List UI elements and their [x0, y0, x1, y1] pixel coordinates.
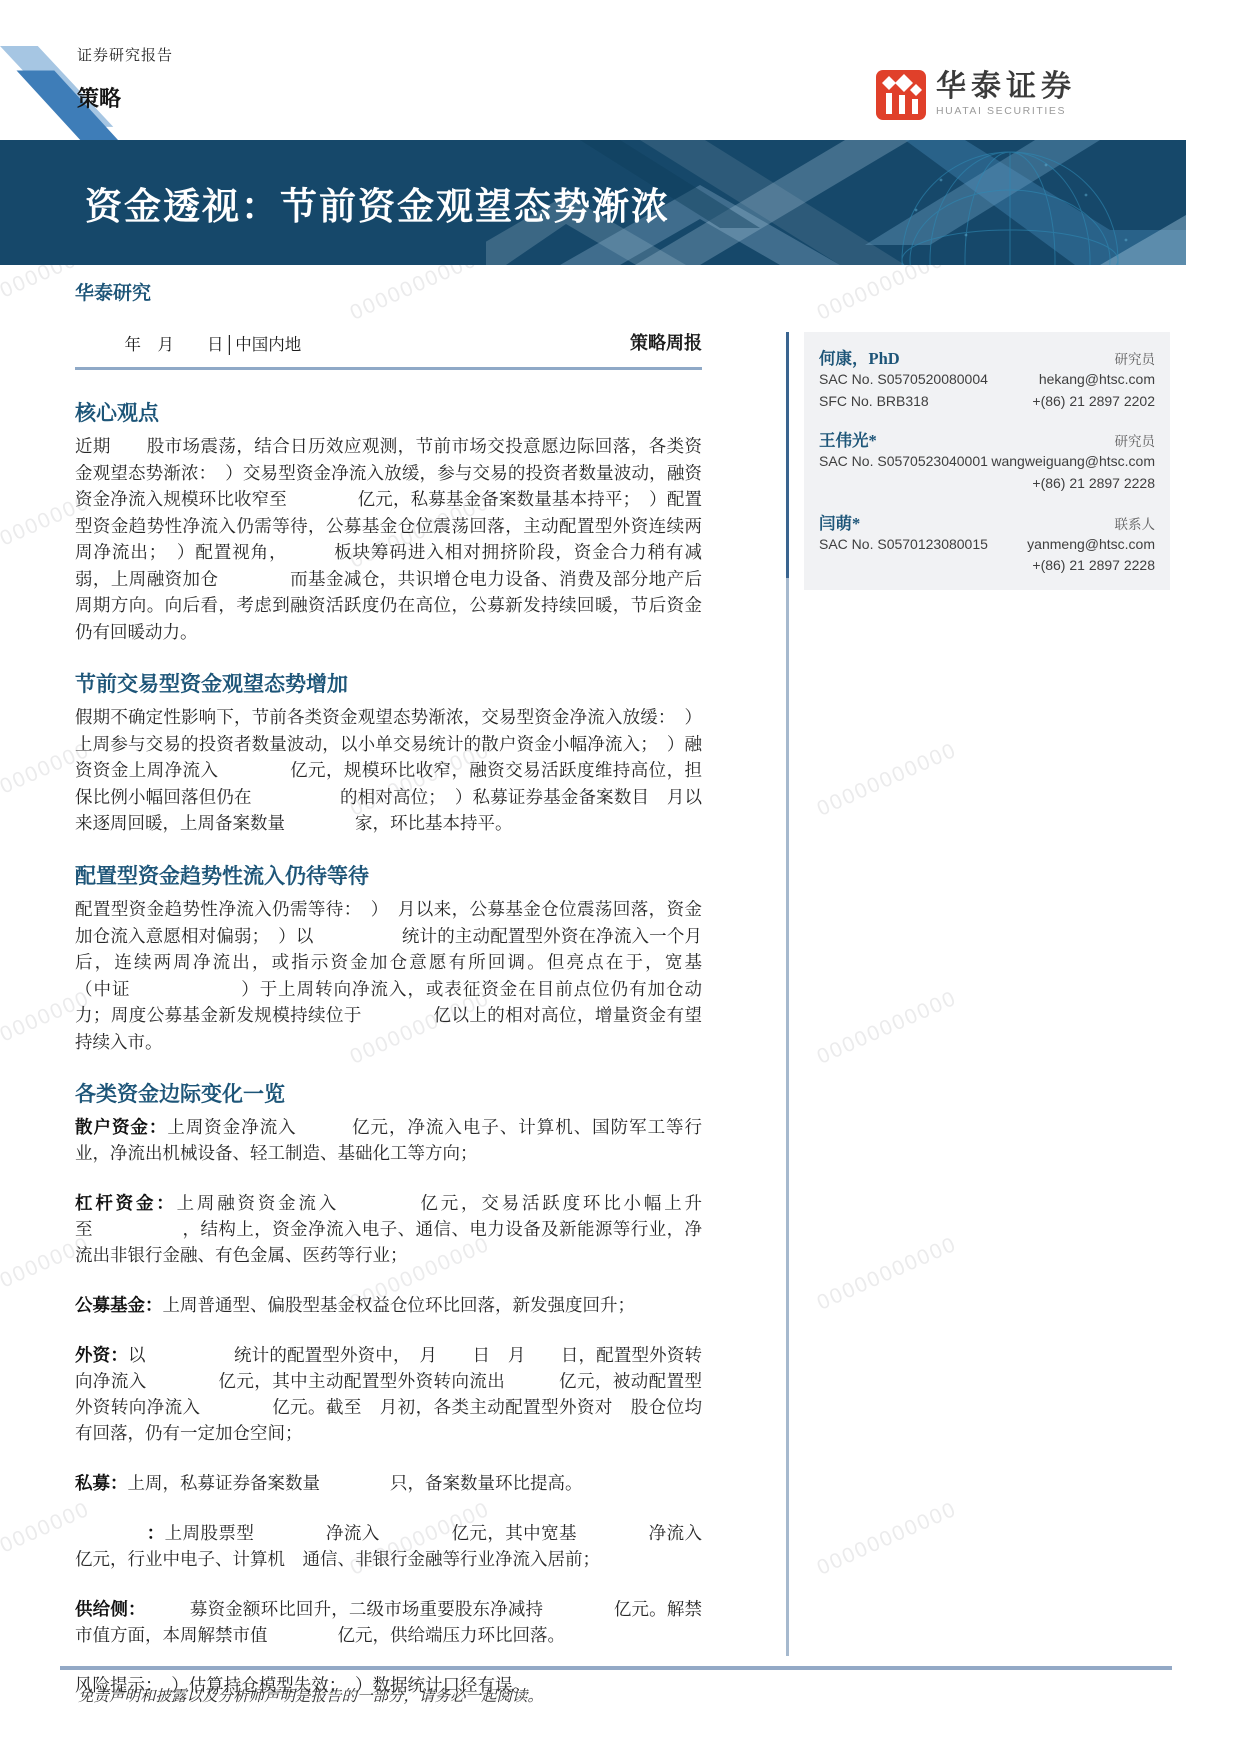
- fund-item-mutual-fund: 公募基金：上周普通型、偏股型基金权益仓位环比回落，新发强度回升；: [75, 1292, 702, 1318]
- analyst-block: 何康，PhD 研究员 SAC No. S0570520080004hekang@…: [819, 345, 1155, 412]
- section-title-core-view: 核心观点: [75, 401, 702, 426]
- fund-item-private: 私募：上周，私募证券备案数量 只，备案数量环比提高。: [75, 1470, 702, 1496]
- analyst-role: 研究员: [1115, 348, 1156, 368]
- fund-item-etf: ：上周股票型 净流入 亿元，其中宽基 净流入 亿元，行业中电子、计算机 通信、非…: [75, 1520, 702, 1572]
- fund-item-retail: 散户资金：上周资金净流入 亿元，净流入电子、计算机、国防军工等行业，净流出机械设…: [75, 1114, 702, 1166]
- fund-item-label: ：: [75, 1523, 165, 1543]
- analyst-panel: 何康，PhD 研究员 SAC No. S0570520080004hekang@…: [804, 332, 1170, 590]
- analyst-role: 研究员: [1115, 430, 1156, 450]
- report-type-label: 证券研究报告: [77, 44, 173, 65]
- trading-funds-paragraph: 假期不确定性影响下，节前各类资金观望态势渐浓，交易型资金净流入放缓： ）上周参与…: [75, 704, 702, 837]
- fund-item-label: 私募：: [75, 1473, 128, 1493]
- analyst-block: 闫萌* 联系人 SAC No. S0570123080015yanmeng@ht…: [819, 510, 1155, 577]
- analyst-name: 王伟光*: [819, 427, 877, 451]
- fund-item-supply: 供给侧： 募资金额环比回升，二级市场重要股东净减持 亿元。解禁市值方面，本周解禁…: [75, 1596, 702, 1648]
- fund-item-leverage: 杠杆资金：上周融资资金流入 亿元，交易活跃度环比小幅上升至 ，结构上，资金净流入…: [75, 1190, 702, 1268]
- title-band: 资金透视：节前资金观望态势渐浓: [0, 140, 1186, 265]
- huatai-logo: 华泰证券 HUATAI SECURITIES: [876, 70, 1076, 125]
- analyst-phone: +(86) 21 2897 2228: [1032, 473, 1155, 495]
- date-row: 年 月 日│中国内地 策略周报: [75, 329, 702, 370]
- disclaimer-text: 免责声明和披露以及分析师声明是报告的一部分，请务必一起阅读。: [78, 1684, 543, 1706]
- fund-item-label: 外资：: [75, 1345, 128, 1365]
- analyst-email: hekang@htsc.com: [1039, 369, 1155, 391]
- report-category-label: 策略: [77, 82, 121, 113]
- huatai-logo-icon: [876, 70, 926, 125]
- fund-item-foreign: 外资：以 统计的配置型外资中， 月 日 月 日，配置型外资转向净流入 亿元，其中…: [75, 1342, 702, 1446]
- report-date: 年 月 日│中国内地: [75, 331, 301, 355]
- analyst-sac: SAC No. S0570123080015: [819, 534, 988, 556]
- footer-divider-line: [60, 1666, 1172, 1670]
- fund-item-label: 供给侧：: [75, 1599, 137, 1619]
- analyst-sac: SAC No. S0570523040001: [819, 451, 988, 473]
- column-divider-top: [786, 332, 789, 578]
- analyst-name: 闫萌*: [819, 510, 860, 534]
- fund-item-label: 杠杆资金：: [75, 1193, 177, 1213]
- analyst-name: 何康，PhD: [819, 345, 900, 369]
- column-divider: [786, 578, 789, 1656]
- analyst-role: 联系人: [1115, 513, 1156, 533]
- main-column: 华泰研究 年 月 日│中国内地 策略周报 核心观点 近期 股市场震荡，结合日历效…: [75, 278, 702, 1699]
- report-title: 资金透视：节前资金观望态势渐浓: [85, 176, 670, 230]
- analyst-sfc: SFC No. BRB318: [819, 391, 929, 413]
- core-view-paragraph: 近期 股市场震荡，结合日历效应观测，节前市场交投意愿边际回落，各类资金观望态势渐…: [75, 433, 702, 645]
- brand-name-cn: 华泰证券: [936, 70, 1076, 103]
- section-title-fund-changes: 各类资金边际变化一览: [75, 1082, 702, 1107]
- report-series-label: 策略周报: [630, 329, 702, 355]
- report-page: 0000000000000000000000000000000000000000…: [0, 0, 1240, 1754]
- research-brand-label: 华泰研究: [75, 278, 702, 305]
- fund-item-label: 公募基金：: [75, 1295, 163, 1315]
- analyst-phone: +(86) 21 2897 2228: [1032, 555, 1155, 577]
- section-title-allocation-funds: 配置型资金趋势性流入仍待等待: [75, 864, 702, 889]
- analyst-email: yanmeng@htsc.com: [1027, 534, 1155, 556]
- analyst-block: 王伟光* 研究员 SAC No. S0570523040001wangweigu…: [819, 427, 1155, 494]
- fund-item-label: 散户资金：: [75, 1117, 167, 1137]
- analyst-sac: SAC No. S0570520080004: [819, 369, 988, 391]
- analyst-phone: +(86) 21 2897 2202: [1032, 391, 1155, 413]
- analyst-email: wangweiguang@htsc.com: [991, 451, 1155, 473]
- allocation-funds-paragraph: 配置型资金趋势性净流入仍需等待： ） 月以来，公募基金仓位震荡回落，资金加仓流入…: [75, 896, 702, 1055]
- section-title-trading-funds: 节前交易型资金观望态势增加: [75, 672, 702, 697]
- brand-name-en: HUATAI SECURITIES: [936, 105, 1076, 117]
